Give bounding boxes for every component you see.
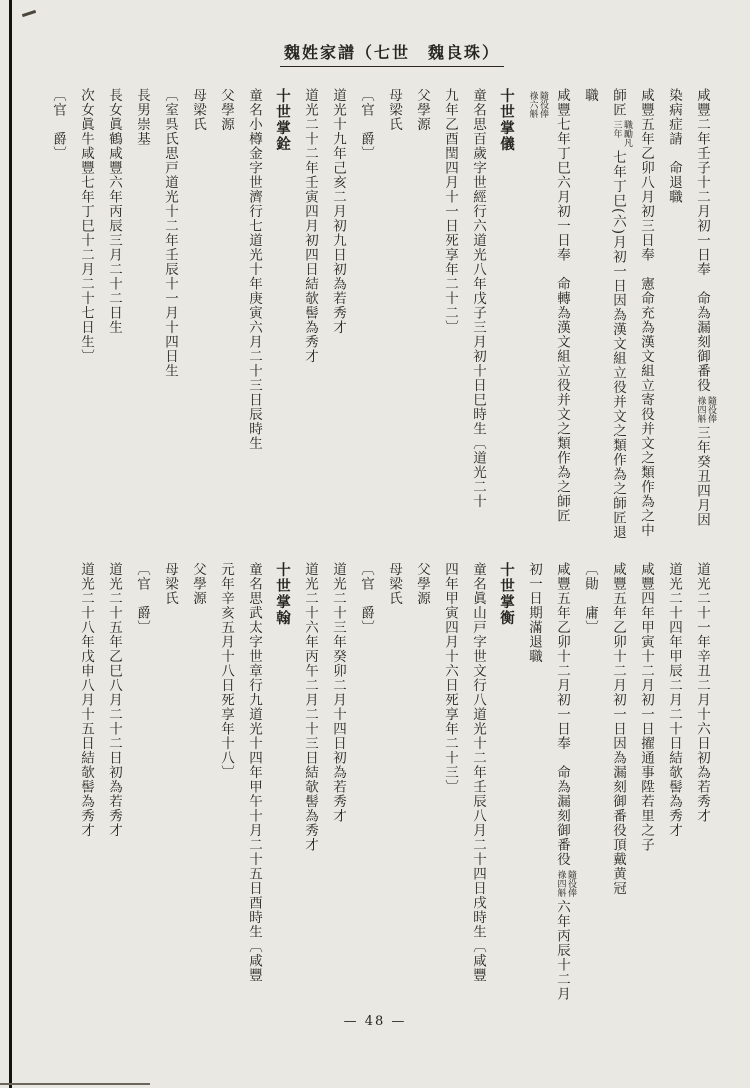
father-line: 父學源 — [408, 88, 436, 540]
childhood-name-line: 童名眞山戸字世文行八道光十二年壬辰八月二十四日戌時生〔咸豐 — [464, 562, 492, 1014]
section-header-shogi: 十世掌儀 — [492, 88, 520, 540]
mother-line: 母梁氏 — [380, 88, 408, 540]
record-text: 咸豐五年乙卯十二月初一日奉 命為漏刻御番役 — [554, 562, 570, 867]
record-text: 咸豐七年丁巳六月初一日奉 命轉為漢文組立役并文之類作為之師匠 — [554, 88, 570, 523]
lower-text-block: 道光二十一年辛丑二月十六日初為若秀才 道光二十四年甲辰二月二十日結欹髻為秀才 咸… — [72, 562, 716, 1014]
mother-line: 母梁氏 — [380, 562, 408, 1014]
rank-record: 道光二十五年乙巳八月二十二日初為若秀才 — [100, 562, 128, 1014]
stipend-note: 隨役俸祿四斛 — [695, 396, 716, 423]
rank-section-label: 〔官 爵〕 — [128, 562, 156, 1014]
service-record: 咸豐五年乙卯十二月初一日奉 命為漏刻御番役隨役俸祿四斛六年丙辰十二月初一日期滿退… — [520, 562, 576, 1014]
eldest-son-line: 長男崇基 — [128, 88, 156, 540]
father-line: 父學源 — [212, 88, 240, 540]
scan-left-edge-line — [9, 0, 12, 1088]
rank-record: 咸豐四年甲寅十二月初一日擢通事陞若里之子 — [632, 562, 660, 1014]
note-right-column: 隨役俸 — [566, 870, 577, 897]
section-header-shosen: 十世掌銓 — [268, 88, 296, 540]
scan-bottom-edge-line — [0, 1083, 150, 1085]
record-text: 七年丁巳(六)月初一日因為漢文組立役并文之類作為之師匠退職 — [582, 88, 626, 540]
mother-line: 母梁氏 — [156, 562, 184, 1014]
scan-corner-speck — [22, 10, 36, 17]
rank-section-label: 〔官 爵〕 — [352, 562, 380, 1014]
service-record: 咸豐五年乙卯八月初三日奉 憲命充為漢文組立寄役并文之類作為之中師匠職勵凡三年七年… — [576, 88, 660, 540]
merit-section-label: 〔勛 庸〕 — [576, 562, 604, 1014]
father-line: 父學源 — [184, 562, 212, 1014]
rank-record: 道光二十六年丙午二月二十三日結欹髻為秀才 — [296, 562, 324, 1014]
note-left-column: 祿四斛 — [555, 870, 566, 897]
death-date-line: 元年辛亥五月十八日死享年十八〕 — [212, 562, 240, 1014]
record-text: 咸豐二年壬子十二月初一日奉 命為漏刻御番役 — [694, 88, 710, 393]
childhood-name-line: 童名小樽金字世濟行七道光十年庚寅六月二十三日辰時生 — [240, 88, 268, 540]
section-header-shoko: 十世掌衡 — [492, 562, 520, 1014]
death-date-line: 九年乙酉閏四月十一日死享年二十二〕 — [436, 88, 464, 540]
section-header-shokan: 十世掌翰 — [268, 562, 296, 1014]
page-number: — 48 — — [0, 1014, 750, 1029]
childhood-name-line: 童名思百歲字世經行六道光八年戊子三月初十日巳時生〔道光二十 — [464, 88, 492, 540]
rank-record: 咸豐五年乙卯十二月初一日因為漏刻御番役頂戴黄冠 — [604, 562, 632, 1014]
note-left-column: 祿四斛 — [695, 396, 706, 423]
note-left-column: 祿六斛 — [527, 91, 538, 118]
service-record: 咸豐七年丁巳六月初一日奉 命轉為漢文組立役并文之類作為之師匠隨役俸祿六斛 — [520, 88, 576, 540]
stipend-note: 隨役俸祿四斛 — [555, 870, 576, 897]
genealogy-scan-page: { "doc": { "title": "魏姓家譜（七世 魏良珠）", "pag… — [0, 0, 750, 1088]
rank-record: 道光二十四年甲辰二月二十日結欹髻為秀才 — [660, 562, 688, 1014]
note-right-column: 職勵凡 — [622, 120, 633, 147]
rank-section-label: 〔官 爵〕 — [44, 88, 72, 540]
stipend-note: 隨役俸祿六斛 — [527, 91, 548, 118]
rank-record: 道光十九年己亥二月初九日初為若秀才 — [324, 88, 352, 540]
note-right-column: 隨役俸 — [706, 396, 717, 423]
rank-record: 道光二十一年辛丑二月十六日初為若秀才 — [688, 562, 716, 1014]
page-title: 魏姓家譜（七世 魏良珠） — [280, 40, 504, 67]
death-date-line: 四年甲寅四月十六日死享年二十三〕 — [436, 562, 464, 1014]
note-left-column: 三年 — [611, 120, 622, 147]
childhood-name-line: 童名思武太字世章行九道光十四年甲午十月二十五日酉時生〔咸豐 — [240, 562, 268, 1014]
wife-line: 〔室呉氏思戸道光十二年壬辰十一月十四日生 — [156, 88, 184, 540]
mother-line: 母梁氏 — [184, 88, 212, 540]
second-daughter-line: 次女眞牛咸豐七年丁巳十二月二十七日生〕 — [72, 88, 100, 540]
rank-record: 道光二十三年癸卯二月十四日初為若秀才 — [324, 562, 352, 1014]
service-record: 咸豐二年壬子十二月初一日奉 命為漏刻御番役隨役俸祿四斛三年癸丑四月因染病症請 命… — [660, 88, 716, 540]
rank-record: 道光二十二年壬寅四月初四日結欹髻為秀才 — [296, 88, 324, 540]
father-line: 父學源 — [408, 562, 436, 1014]
rank-section-label: 〔官 爵〕 — [352, 88, 380, 540]
note-right-column: 隨役俸 — [538, 91, 549, 118]
rank-record: 道光二十八年戊申八月十五日結欹髻為秀才 — [72, 562, 100, 1014]
eldest-daughter-line: 長女眞鶴咸豐六年丙辰三月二十二日生 — [100, 88, 128, 540]
service-note: 職勵凡三年 — [611, 120, 632, 147]
upper-text-block: 咸豐二年壬子十二月初一日奉 命為漏刻御番役隨役俸祿四斛三年癸丑四月因染病症請 命… — [44, 88, 716, 540]
